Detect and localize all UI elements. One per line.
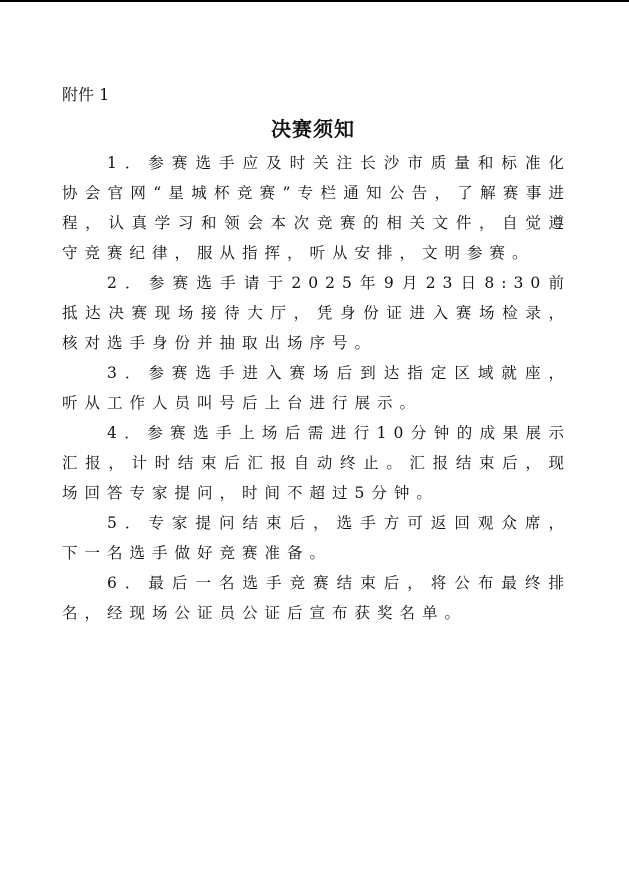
notice-item-6: 6．最后一名选手竞赛结束后，将公布最终排名，经现场公证员公证后宣布获奖名单。 (62, 568, 571, 628)
attachment-label: 附件 1 (62, 80, 564, 110)
notice-body: 1．参赛选手应及时关注长沙市质量和标准化协会官网“星城杯竞赛”专栏通知公告，了解… (62, 148, 564, 628)
top-border-line (0, 0, 629, 2)
notice-item-1: 1．参赛选手应及时关注长沙市质量和标准化协会官网“星城杯竞赛”专栏通知公告，了解… (62, 148, 571, 268)
notice-item-5: 5．专家提问结束后，选手方可返回观众席，下一名选手做好竞赛准备。 (62, 508, 571, 568)
document-title: 决赛须知 (62, 110, 564, 148)
document-page: 附件 1 决赛须知 1．参赛选手应及时关注长沙市质量和标准化协会官网“星城杯竞赛… (62, 80, 564, 628)
notice-item-2: 2．参赛选手请于2025年9月23日8:30前抵达决赛现场接待大厅，凭身份证进入… (62, 268, 571, 358)
notice-item-4: 4．参赛选手上场后需进行10分钟的成果展示汇报，计时结束后汇报自动终止。汇报结束… (62, 418, 571, 508)
notice-item-3: 3．参赛选手进入赛场后到达指定区域就座，听从工作人员叫号后上台进行展示。 (62, 358, 571, 418)
